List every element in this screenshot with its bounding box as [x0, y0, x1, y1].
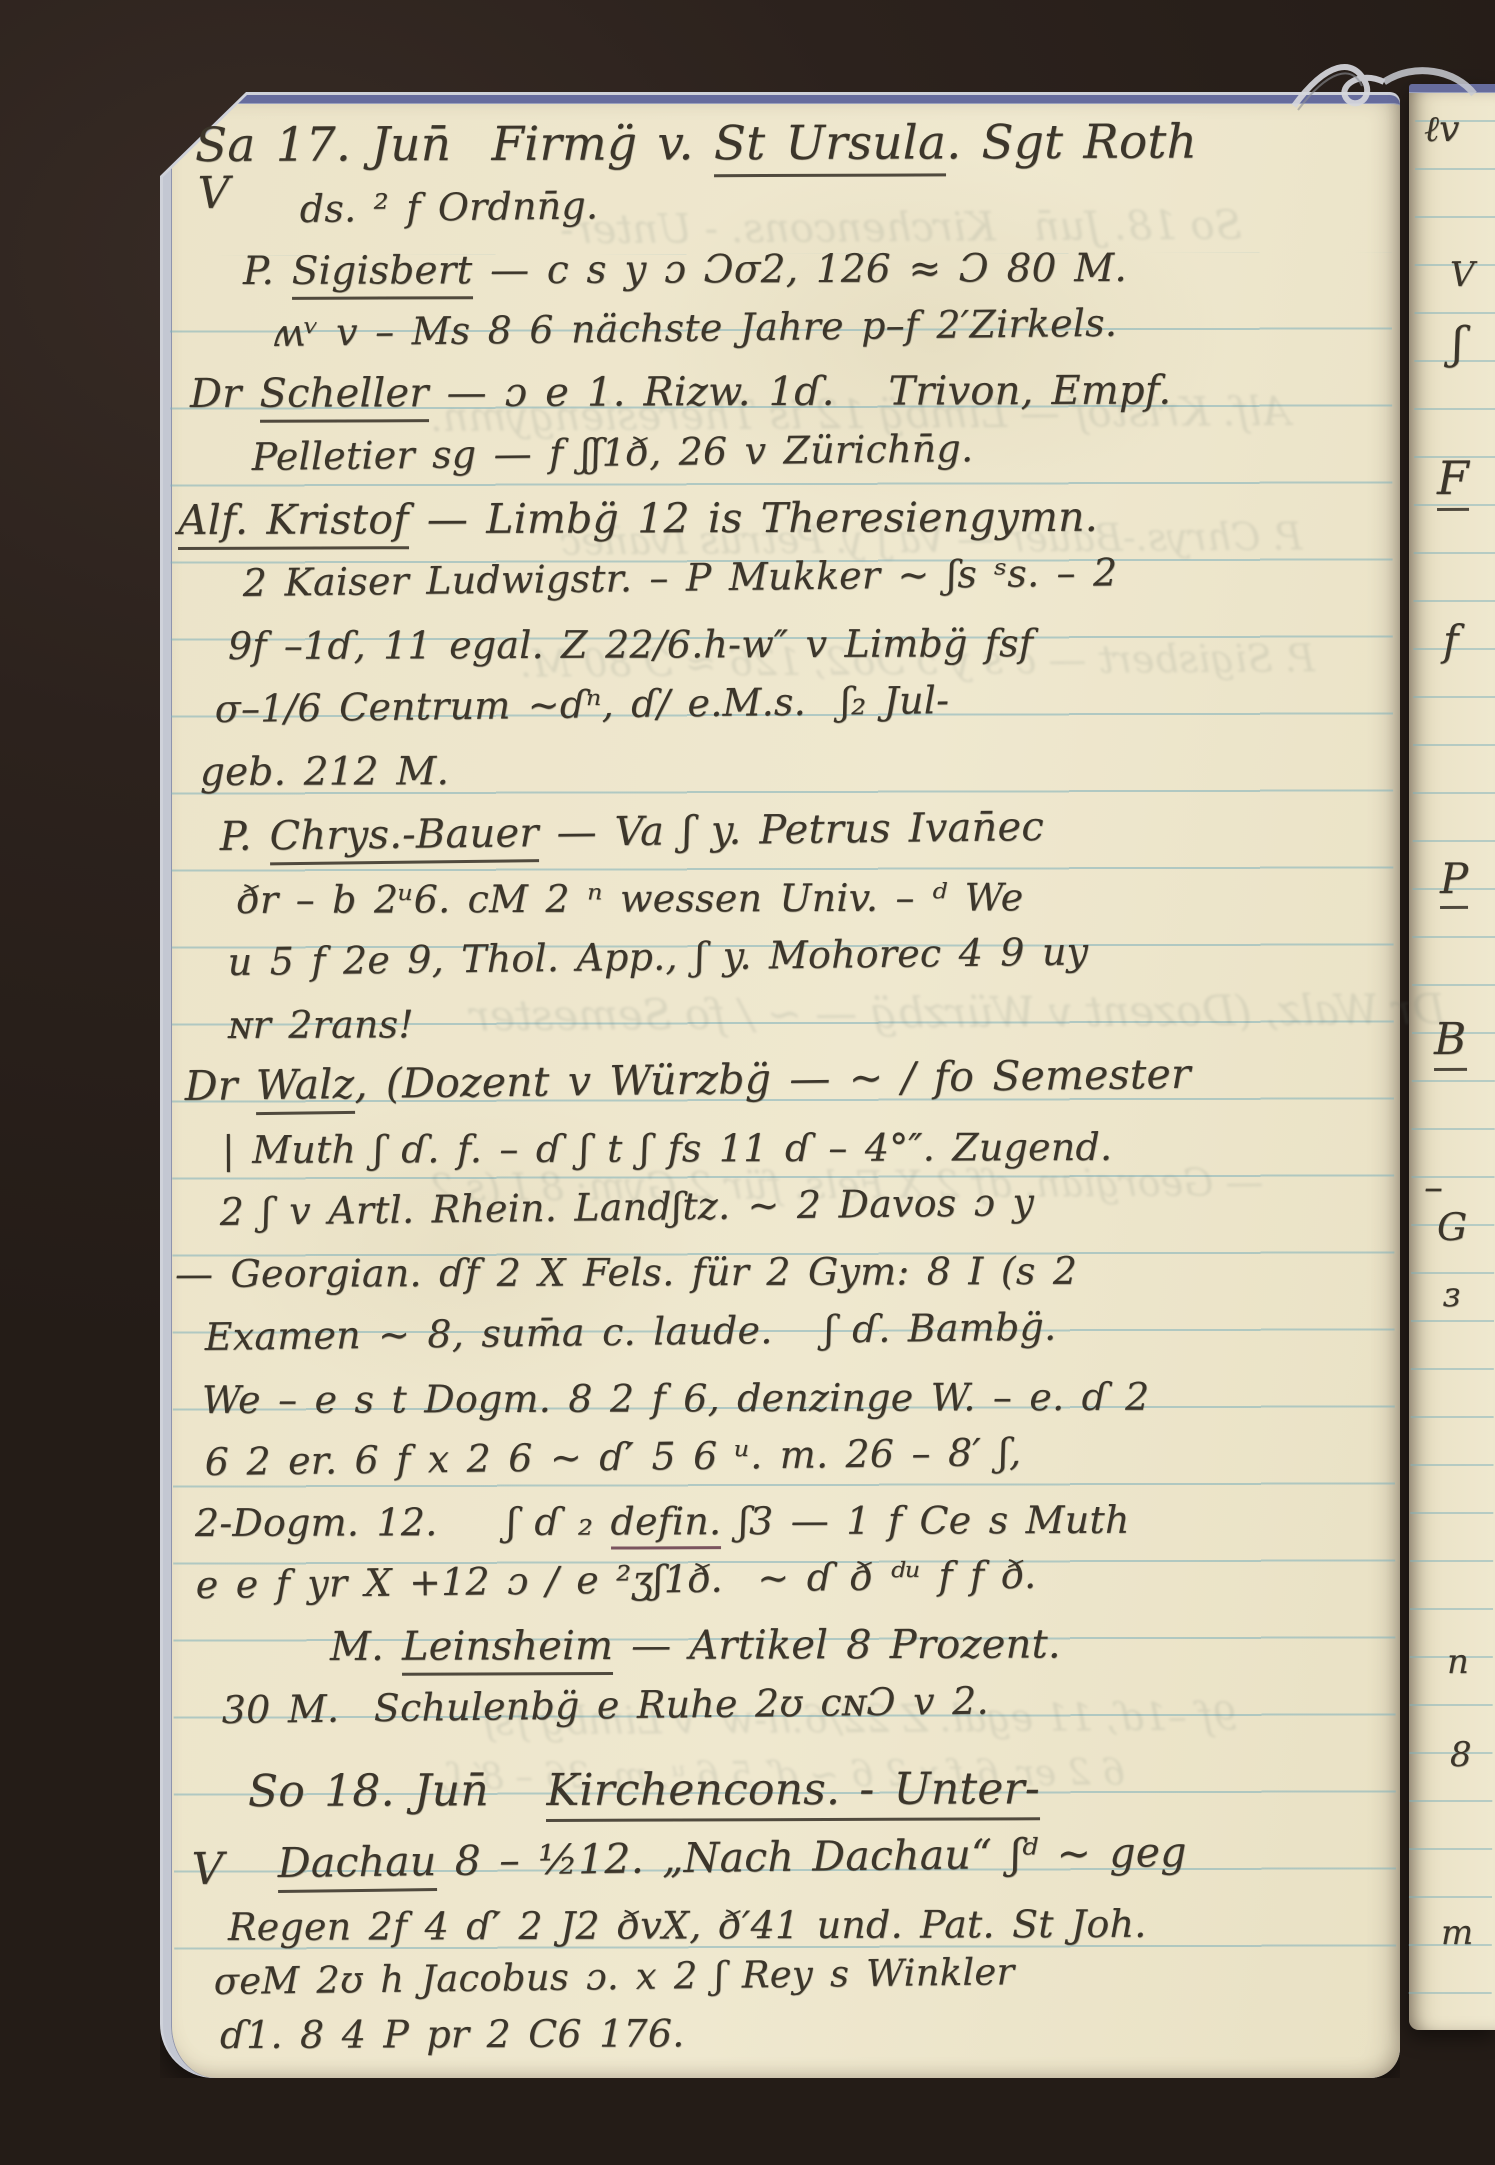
handwritten-text: — c s y ɔ Ɔσ2, 126 ≈ Ɔ 80 M. [472, 246, 1127, 293]
handwritten-text: P. [219, 813, 269, 860]
handwritten-line: ɴr 2rans! [228, 1005, 414, 1044]
handwriting-fragment: – [1424, 1165, 1443, 1209]
handwriting-fragment: P [1440, 854, 1469, 909]
handwriting-fragment-line: m [1441, 1916, 1474, 1950]
handwritten-text: Leinsheim [402, 1623, 613, 1676]
handwritten-text: Sigisbert [292, 248, 473, 300]
margin-checkmark: V [191, 1848, 224, 1892]
handwritten-text: P. [243, 249, 292, 294]
handwriting-fragment: G [1437, 1205, 1468, 1249]
handwritten-line: σeM 2ʊ h Jacobus ɔ. x 2 ʃ Rey s Winkler [214, 1953, 1015, 2000]
handwritten-text: σ–1/6 Centrum ~ɗⁿ, ɗ/ e.M.s. ʃ₂ Jul- [214, 678, 949, 731]
handwritten-text: defin. [610, 1499, 721, 1549]
handwritten-text: — ɔ e 1. Rizw. 1ɗ. Trivon, Empf. [429, 368, 1172, 417]
handwritten-text: . Sgt Roth [946, 115, 1197, 171]
handwritten-text: | Muth ʃ ɗ. f. – ɗ ʃ t ʃ fs 11 ɗ – 4°″. … [222, 1125, 1113, 1172]
handwritten-line: e e f yr X +12 ɔ / e ²ʒʃ1ð. ~ ɗ ð ᵈᵘ f f… [196, 1556, 1037, 1604]
handwritten-text: So 18. Jun̄ [248, 1765, 547, 1817]
handwriting-fragment: ʃ [1452, 318, 1464, 369]
handwritten-text: Dr [184, 1061, 256, 1110]
handwritten-text: Alf. Kristof [178, 495, 409, 550]
handwritten-line: M. Leinsheim — Artikel 8 Prozent. [330, 1624, 1061, 1667]
handwritten-text: — Limbg̈ 12 is Theresiengymn. [408, 493, 1098, 543]
handwritten-line: 30 M. Schulenbg̈ e Ruhe 2ʊ cɴƆ v 2. [222, 1682, 989, 1729]
handwritten-text: ʃ3 — 1 f Ce s Muth [721, 1498, 1129, 1543]
handwritten-text: Scheller [259, 370, 428, 423]
handwritten-line: We – e s t Dogm. 8 2 f 6, denzinge W. – … [202, 1378, 1150, 1419]
handwriting-fragment: B [1434, 1014, 1467, 1071]
handwritten-text: Regen 2f 4 ɗ′ 2 J2 ðvX, ð′41 und. Pat. S… [228, 1902, 1147, 1949]
handwritten-line: 6 2 er. 6 f x 2 6 ~ ɗ′ 5 6 ᵘ. m. 26 – 8′… [205, 1433, 1022, 1481]
handwritten-text: St Ursula [714, 115, 947, 177]
handwritten-line: σ–1/6 Centrum ~ɗⁿ, ɗ/ e.M.s. ʃ₂ Jul- [215, 681, 950, 728]
handwritten-line: Alf. Kristof — Limbg̈ 12 is Theresiengym… [178, 497, 1098, 541]
handwriting-fragment-line: f [1443, 620, 1459, 662]
handwritten-line: 2 Kaiser Ludwigstr. – P Mukker ~ ʃs ˢs. … [243, 553, 1118, 602]
handwritten-text: , (Dozent v Würzbg̈ — ~ / fo Semester [354, 1050, 1191, 1108]
margin-checkmark: V [197, 172, 230, 216]
handwritten-line: P. Sigisbert — c s y ɔ Ɔσ2, 126 ≈ Ɔ 80 M… [243, 249, 1127, 291]
handwriting-fragment-line: P [1440, 858, 1469, 900]
handwritten-line: So 18. Jun̄ Kirchencons. - Unter- [248, 1767, 1040, 1814]
handwritten-text: Kirchencons. - Unter- [546, 1763, 1040, 1822]
handwritten-line: Dr Walz, (Dozent v Würzbg̈ — ~ / fo Seme… [184, 1054, 1191, 1107]
handwritten-text: Chrys.-Bauer [269, 810, 539, 865]
handwriting-fragment: ℓv [1424, 109, 1460, 150]
handwritten-line: geb. 212 M. [200, 752, 449, 792]
handwritten-text: ɗ1. 8 4 P pr 2 C6 176. [220, 2011, 685, 2057]
handwritten-text: 2-Dogm. 12. ʃ ɗ ₂ [195, 1500, 611, 1545]
handwritten-line: P. Chrys.-Bauer — Va ʃ y. Petrus Ivan̄ec [220, 807, 1045, 857]
handwritten-text: 9f –1ɗ, 11 egal. Z 22/6.h-w″ v Limbg̈ fs… [228, 621, 1033, 668]
handwritten-line: ðr – b 2ᵘ6. cM 2 ⁿ wessen Univ. – ᵈ We [237, 878, 1024, 919]
handwriting-fragment-line: ʃ [1452, 322, 1464, 366]
handwritten-line: 9f –1ɗ, 11 egal. Z 22/6.h-w″ v Limbg̈ fs… [228, 624, 1033, 665]
handwritten-line: Dr Scheller — ɔ e 1. Rizw. 1ɗ. Trivon, E… [190, 371, 1171, 414]
handwritten-line: 2-Dogm. 12. ʃ ɗ ₂ defin. ʃ3 — 1 f Ce s M… [195, 1501, 1130, 1542]
handwritten-line: — Georgian. ɗf 2 X Fels. für 2 Gym: 8 I … [175, 1252, 1077, 1293]
handwriting-fragment-line: n [1447, 1645, 1469, 1679]
handwritten-line: 2 ʃ v Artl. Rhein. Landʃtz. ~ 2 Davos ɔ … [220, 1183, 1035, 1231]
handwriting-fragment-line: V [1450, 258, 1475, 292]
handwritten-text: Sa 17. Jun̄ Firmg̈ v. [195, 116, 714, 173]
handwritten-text: — Va ʃ y. Petrus Ivan̄ec [538, 804, 1044, 856]
handwritten-text: Walz [256, 1060, 355, 1115]
handwritten-line: u 5 f 2e 9, Thol. App., ʃ y. Mohorec 4 9… [228, 932, 1089, 981]
handwritten-line: Regen 2f 4 ɗ′ 2 J2 ðvX, ð′41 und. Pat. S… [228, 1905, 1147, 1946]
notebook-photo: Alf. Kristof — Limbg̈ 12 is Theresiengym… [0, 0, 1495, 2165]
handwriting-fragment-line: ℓv [1424, 112, 1460, 148]
handwritten-text: Dachau [277, 1837, 436, 1893]
handwriting-fragment-line: ɜ [1443, 1278, 1461, 1312]
handwritten-text: Dr [190, 371, 260, 417]
handwritten-line: Pelletier sg — f ʃʃ1ð, 26 v Zürichn̄g. [252, 429, 974, 476]
handwriting-fragment-line: G [1437, 1208, 1468, 1246]
handwriting-fragment: V [1450, 255, 1475, 295]
handwriting-fragment: n [1447, 1642, 1469, 1682]
handwritten-line: Sa 17. Jun̄ Firmg̈ v. St Ursula. Sgt Rot… [195, 119, 1197, 169]
handwriting-fragment-line: F [1437, 455, 1469, 501]
handwritten-line: Dachau 8 – ½12. „Nach Dachau“ ʃᵈ ~ geg [277, 1832, 1186, 1884]
handwritten-text: 30 M. Schulenbg̈ e Ruhe 2ʊ cɴƆ v 2. [221, 1679, 988, 1732]
handwriting-fragment-line: B [1434, 1018, 1467, 1062]
handwritten-text: ðr – b 2ᵘ6. cM 2 ⁿ wessen Univ. – ᵈ We [237, 875, 1024, 922]
handwritten-text: ɴr 2rans! [228, 1002, 414, 1047]
handwriting-fragment: ɜ [1443, 1275, 1461, 1315]
handwritten-line: ɗ1. 8 4 P pr 2 C6 176. [220, 2014, 685, 2054]
handwritten-text: — Georgian. ɗf 2 X Fels. für 2 Gym: 8 I … [175, 1249, 1077, 1296]
handwriting-fragment-line: 8 [1450, 1738, 1472, 1772]
handwritten-text: — Artikel 8 Prozent. [613, 1621, 1061, 1669]
handwriting-fragment-line: – [1424, 1168, 1443, 1206]
handwritten-text: 8 – ½12. „Nach Dachau“ ʃᵈ ~ geg [436, 1828, 1187, 1885]
handwritten-line: ds. ² f Ordnn̄g. [300, 186, 599, 228]
handwriting-fragment: 8 [1450, 1735, 1472, 1775]
handwritten-text: ds. ² f Ordnn̄g. [299, 183, 598, 231]
handwritten-line: | Muth ʃ ɗ. f. – ɗ ʃ t ʃ fs 11 ɗ – 4°″. … [222, 1128, 1113, 1169]
handwritten-text: M. [330, 1624, 402, 1670]
handwritten-line: Examen ~ 8, sum̄a c. laude. ʃ ɗ. Bambg̈. [205, 1308, 1057, 1356]
handwritten-text: geb. 212 M. [200, 749, 449, 795]
handwriting-fragment: f [1443, 616, 1459, 665]
handwritten-line: ʍᵛ v – Ms 8 6 nächste Jahre p–f 2′Zirkel… [272, 304, 1118, 352]
handwritten-text: Pelletier sg — f ʃʃ1ð, 26 v Zürichn̄g. [251, 426, 973, 479]
handwriting-fragment: m [1441, 1913, 1474, 1953]
handwriting-fragment: F [1437, 451, 1469, 511]
handwritten-text: We – e s t Dogm. 8 2 f 6, denzinge W. – … [202, 1375, 1150, 1422]
